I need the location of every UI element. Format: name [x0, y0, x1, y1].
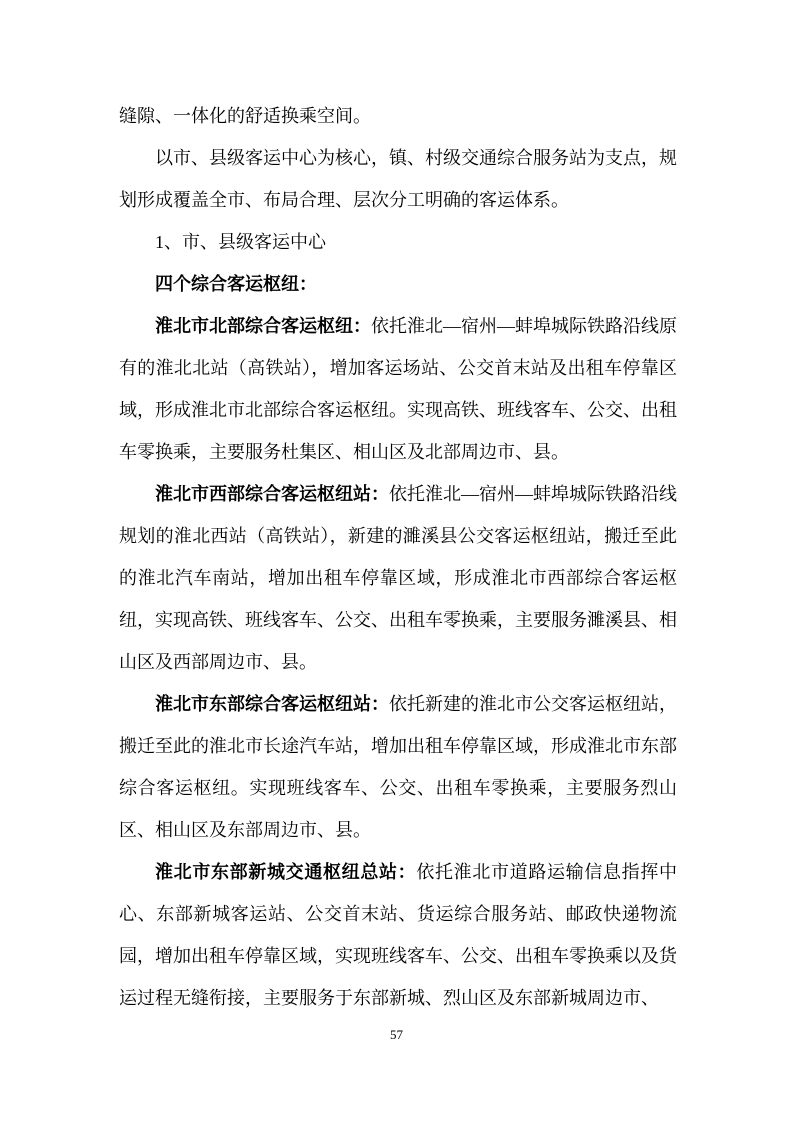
paragraph-continuation: 缝隙、一体化的舒适换乘空间。 [119, 95, 677, 137]
paragraph-lead: 四个综合客运枢纽： [155, 274, 317, 294]
document-body: 缝隙、一体化的舒适换乘空间。 以市、县级客运中心为核心，镇、村级交通综合服务站为… [119, 95, 677, 1019]
paragraph-text: 依托淮北市道路运输信息指挥中心、东部新城客运站、公交首末站、货运综合服务站、邮政… [119, 862, 677, 1008]
paragraph-lead: 淮北市东部综合客运枢纽站： [155, 694, 389, 714]
paragraph-text: 依托淮北—宿州—蚌埠城际铁路沿线原有的淮北北站（高铁站），增加客运场站、公交首末… [119, 316, 677, 462]
paragraph-lead: 淮北市东部新城交通枢纽总站： [155, 862, 416, 882]
paragraph: 以市、县级客运中心为核心，镇、村级交通综合服务站为支点，规划形成覆盖全市、布局合… [119, 137, 677, 221]
paragraph-east-hub: 淮北市东部综合客运枢纽站：依托新建的淮北市公交客运枢纽站，搬迁至此的淮北市长途汽… [119, 683, 677, 851]
paragraph-north-hub: 淮北市北部综合客运枢纽：依托淮北—宿州—蚌埠城际铁路沿线原有的淮北北站（高铁站）… [119, 305, 677, 473]
paragraph-west-hub: 淮北市西部综合客运枢纽站：依托淮北—宿州—蚌埠城际铁路沿线规划的淮北西站（高铁站… [119, 473, 677, 683]
page-number: 57 [0, 1026, 793, 1044]
paragraph-lead: 淮北市西部综合客运枢纽站： [155, 484, 389, 504]
paragraph-numbered-heading: 1、市、县级客运中心 [119, 221, 677, 263]
paragraph-text: 缝隙、一体化的舒适换乘空间。 [119, 106, 371, 126]
paragraph-text: 依托新建的淮北市公交客运枢纽站，搬迁至此的淮北市长途汽车站，增加出租车停靠区域，… [119, 694, 677, 840]
paragraph-text: 以市、县级客运中心为核心，镇、村级交通综合服务站为支点，规划形成覆盖全市、布局合… [119, 148, 677, 210]
paragraph-east-newtown-hub: 淮北市东部新城交通枢纽总站：依托淮北市道路运输信息指挥中心、东部新城客运站、公交… [119, 851, 677, 1019]
paragraph-bold-heading: 四个综合客运枢纽： [119, 263, 677, 305]
paragraph-text: 依托淮北—宿州—蚌埠城际铁路沿线规划的淮北西站（高铁站），新建的濉溪县公交客运枢… [119, 484, 677, 672]
paragraph-text: 1、市、县级客运中心 [155, 232, 326, 252]
document-page: 缝隙、一体化的舒适换乘空间。 以市、县级客运中心为核心，镇、村级交通综合服务站为… [0, 0, 793, 1122]
paragraph-lead: 淮北市北部综合客运枢纽： [155, 316, 371, 336]
